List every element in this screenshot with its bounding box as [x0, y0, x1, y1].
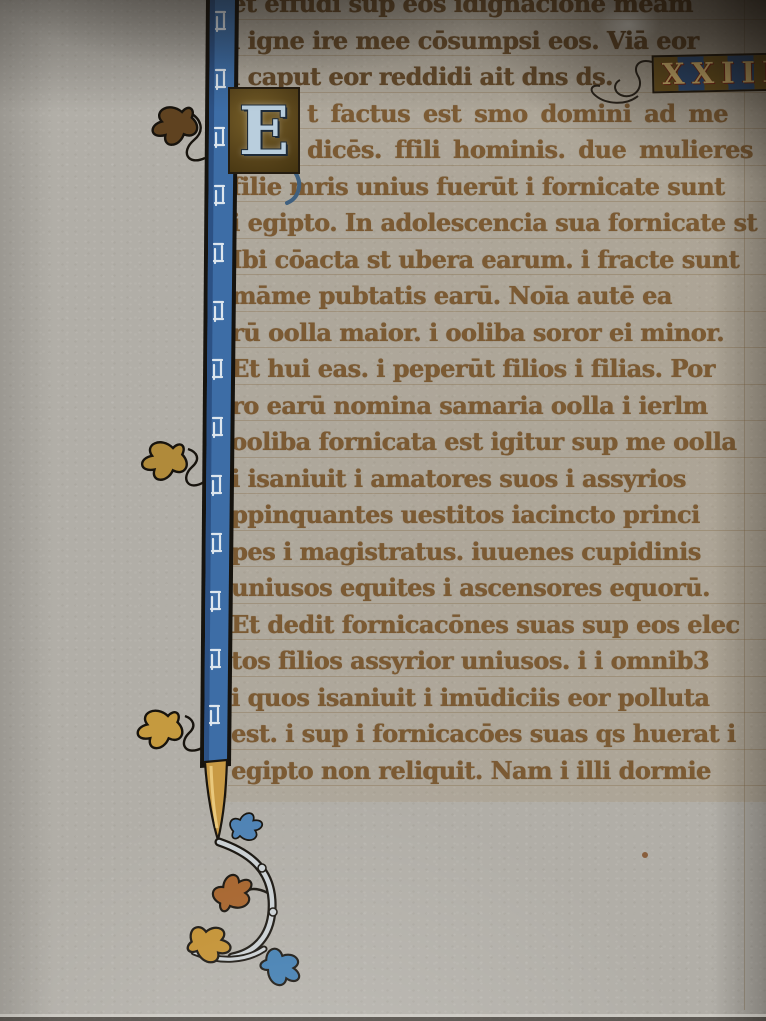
text-line: uniusos equites i ascensores equorū.	[231, 570, 756, 607]
ivy-leaf-middle	[139, 438, 189, 482]
text-line: māme pubtatis earū. Noīa autē ea	[231, 278, 756, 315]
text-line: ooliba fornicata est igitur sup me oolla	[231, 424, 756, 461]
text-line: i igne ire mee cōsumpsi eos. Viā eor	[231, 23, 756, 60]
ivy-leaf-lower	[134, 706, 185, 752]
vine-leaf-gold	[185, 921, 235, 966]
text-line: ppinquantes uestitos iacincto princi	[231, 497, 756, 534]
manuscript-page: et effudi sup eos idignacionē meam i ign…	[0, 0, 766, 1021]
ivy-leaf-top	[148, 101, 200, 149]
text-line: i isaniuit i amatores suos i assyrios	[231, 461, 756, 498]
illuminated-initial: E	[228, 87, 300, 174]
text-line: Et dedit fornicacōnes suas sup eos elec	[231, 607, 756, 644]
text-line: filie mris unius fuerūt i fornicate sunt	[231, 169, 756, 206]
text-line: est. i sup i fornicacōes suas qs huerat …	[231, 716, 756, 753]
chapter-numeral-text: XXIII	[662, 55, 766, 92]
ruling-line-left	[226, 0, 227, 798]
text-line: egipto non reliquit. Nam i illi dormie	[231, 753, 756, 790]
vine-leaf-blue-lower	[256, 943, 308, 993]
vine-leaf-rust	[208, 868, 259, 917]
text-line: ro earū nomina samaria oolla i ierlm	[231, 388, 756, 425]
text-line: i egipto. In adolescencia sua fornicate …	[231, 205, 756, 242]
ivy-spray-lower	[134, 706, 202, 752]
chapter-numeral: XXIII	[652, 53, 766, 94]
text-line: rū oolla maior. i ooliba soror ei minor.	[231, 315, 756, 352]
ivy-spray-middle	[139, 438, 204, 485]
text-line: Ibi cōacta st ubera earum. i fracte sunt	[231, 242, 756, 279]
ink-speck	[642, 852, 648, 858]
text-line: pes i magistratus. iuuenes cupidinis	[231, 534, 756, 571]
text-line: et effudi sup eos idignacionē meam	[231, 0, 756, 23]
text-line: tos filios assyrior uniusos. i i omnib3	[231, 643, 756, 680]
text-line: dicēs. ffili hominis. due mulieres	[231, 132, 756, 169]
text-block: et effudi sup eos idignacionē meam i ign…	[231, 0, 756, 789]
vine-leaf-blue-upper	[229, 811, 265, 843]
bottom-vine-flourish	[185, 811, 308, 993]
text-line: i quos isaniuit i imūdiciis eor polluta	[231, 680, 756, 717]
initial-letter: E	[239, 98, 289, 164]
text-line: t factus est smo domini ad me	[231, 96, 756, 133]
ivy-spray-top	[148, 101, 205, 160]
text-line: Et hui eas. i peperūt filios i filias. P…	[231, 351, 756, 388]
